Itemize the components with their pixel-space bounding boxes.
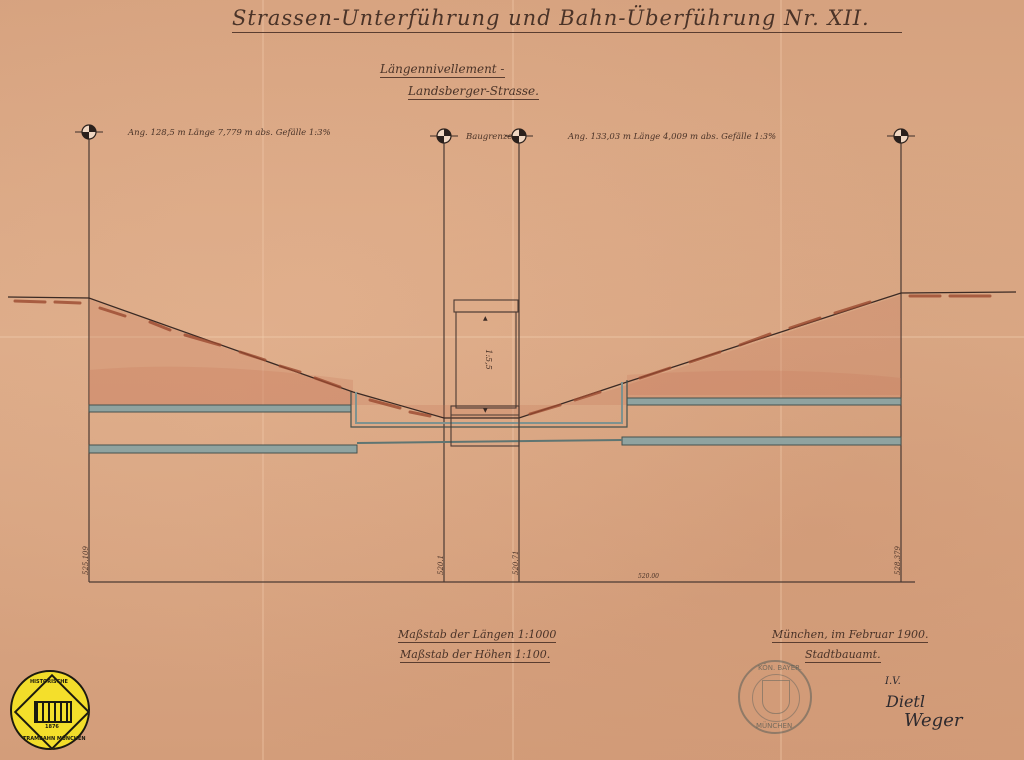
gradient-note-left: Ang. 128,5 m Länge 7,779 m abs. Gefälle …: [128, 128, 331, 138]
drawing-subtitle-leveling: Längennivellement -: [380, 62, 505, 78]
elevation-left: 525.109: [82, 546, 90, 575]
official-seal-stamp: KÖN. BAYER. MÜNCHEN: [738, 660, 812, 734]
drawing-subtitle-street: Landsberger-Strasse.: [408, 84, 539, 100]
elevation-center-right: 520.71: [512, 551, 520, 576]
logo-text-bottom: TRAMBAHN MÜNCHEN: [23, 736, 86, 742]
stamp-text-top: KÖN. BAYER.: [758, 664, 802, 672]
signature-weger: Weger: [904, 710, 962, 731]
tram-icon: [34, 701, 72, 723]
elevation-right: 528.379: [894, 546, 902, 575]
bridge-label: 1:5,5: [484, 349, 493, 370]
svg-text:▼: ▼: [483, 407, 488, 414]
scale-lengths: Maßstab der Längen 1:1000: [398, 628, 556, 643]
signature-prefix: I.V.: [885, 676, 901, 687]
drawing-title: Strassen-Unterführung und Bahn-Überführu…: [232, 6, 902, 33]
office-name: Stadtbauamt.: [805, 648, 881, 663]
scale-heights: Maßstab der Höhen 1:100.: [400, 648, 550, 663]
gradient-note-boundary: Baugrenze: [466, 132, 512, 142]
elevation-center-left: 520.1: [437, 555, 445, 575]
logo-text-top: HISTORISCHE: [30, 679, 68, 685]
logo-year: 1876: [45, 724, 59, 730]
gradient-note-right: Ang. 133,03 m Länge 4,009 m abs. Gefälle…: [568, 132, 776, 142]
profile-drawing: ▲ ▼: [0, 0, 1024, 760]
stamp-text-bottom: MÜNCHEN: [756, 722, 792, 730]
signature-dietl: Dietl: [886, 692, 925, 711]
date-line: München, im Februar 1900.: [772, 628, 928, 643]
coat-of-arms-icon: [762, 680, 790, 714]
historic-tram-logo: HISTORISCHE TRAMBAHN MÜNCHEN 1876: [10, 670, 90, 750]
baseline-label: 520.00: [638, 573, 659, 580]
svg-text:▲: ▲: [483, 315, 488, 322]
